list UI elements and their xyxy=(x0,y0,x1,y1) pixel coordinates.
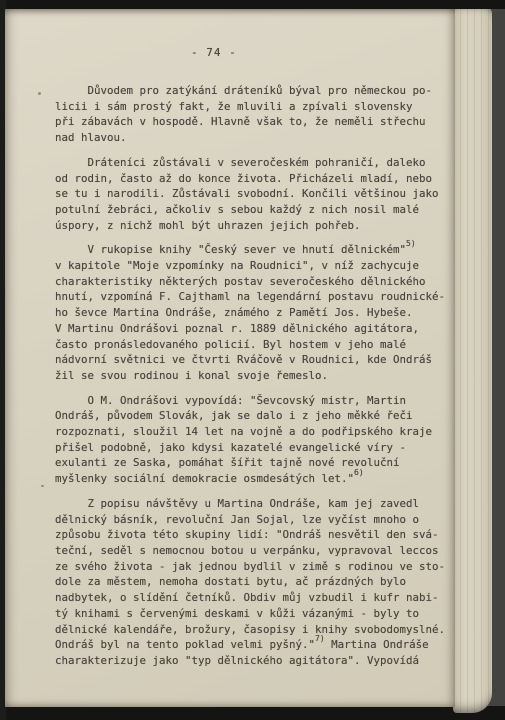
text-line: licii i sám prostý fakt, že mluvili a zp… xyxy=(55,99,449,115)
text-line: často pronásledovaného policií. Byl host… xyxy=(55,337,449,353)
text-line: teční, seděl s nemocnou botou u verpánku… xyxy=(55,543,449,559)
paragraph: V rukopise knihy "Český sever ve hnutí d… xyxy=(55,242,449,383)
text-line: Ondráš byl na tento poklad velmi pyšný."… xyxy=(55,637,449,653)
text-line: způsobu života této skupiny lidí: "Ondrá… xyxy=(55,527,449,543)
text-line: Ondráš, původem Slovák, jak se dalo i z … xyxy=(55,408,449,424)
scan-dark-band-bottom xyxy=(0,706,505,720)
text-line: při zábavách v hospodě. Hlavně však to, … xyxy=(55,114,449,130)
text-line: úspory, z nichž mohl být uhrazen jejich … xyxy=(55,218,449,234)
text-line: rozpoznati, sloužil 14 let na vojně a do… xyxy=(55,424,449,440)
text-line: v kapitole "Moje vzpomínky na Roudnici",… xyxy=(55,258,449,274)
text-line: dělnické kalendáře, brožury, časopisy i … xyxy=(55,622,449,638)
text-line: exulanti ze Saska, pomáhat šířit tajně n… xyxy=(55,455,449,471)
text-line: Dráteníci zůstávali v severočeském pohra… xyxy=(55,155,449,171)
text-line: potulní žebráci, ačkoliv s sebou každý z… xyxy=(55,202,449,218)
text-line: charakteristiky některých postav severoč… xyxy=(55,274,449,290)
text-line: Z popisu návštěvy u Martina Ondráše, kam… xyxy=(55,496,449,512)
text-line: hnutí, vzpomíná F. Cajthaml na legendárn… xyxy=(55,289,449,305)
footnote-marker: 7) xyxy=(315,634,325,643)
text-line: myšlenky sociální demokracie osmdesátých… xyxy=(55,471,449,487)
paragraph: Z popisu návštěvy u Martina Ondráše, kam… xyxy=(55,496,449,669)
footnote-marker: 5) xyxy=(406,239,416,248)
text-line: přišel podobně, jako kdysi kazatelé evan… xyxy=(55,440,449,456)
footnote-marker: 6) xyxy=(354,468,364,477)
page-number: - 74 - xyxy=(191,45,455,61)
text-line: žil se svou rodinou i konal svoje řemesl… xyxy=(55,368,449,384)
text-line: O M. Ondrášovi vypovídá: "Ševcovský mist… xyxy=(55,393,449,409)
text-line: tý knihami s červenými deskami v kůži vá… xyxy=(55,606,449,622)
ink-speck xyxy=(38,92,41,95)
text-line: nadbytek, o slídění četníků. Obdiv můj v… xyxy=(55,590,449,606)
scanned-book-page: - 74 - Důvodem pro zatýkání dráteníků bý… xyxy=(0,0,505,720)
text-line: ho ševce Martina Ondráše, známého z Pamě… xyxy=(55,305,449,321)
text-line: dole za městem, nemoha dostati bytu, ač … xyxy=(55,574,449,590)
paragraph: Dráteníci zůstávali v severočeském pohra… xyxy=(55,155,449,234)
book-page: - 74 - Důvodem pro zatýkání dráteníků bý… xyxy=(5,9,455,707)
page-body: Důvodem pro zatýkání dráteníků býval pro… xyxy=(55,83,449,678)
text-line: ze svého života - jak jednou bydlil v zi… xyxy=(55,559,449,575)
text-line: V rukopise knihy "Český sever ve hnutí d… xyxy=(55,242,449,258)
text-line: charakterizuje jako "typ dělnického agit… xyxy=(55,653,449,669)
text-line: se tu i narodili. Zůstávali svobodní. Ko… xyxy=(55,186,449,202)
text-line: dělnický básník, revoluční Jan Sojal, lz… xyxy=(55,512,449,528)
ink-speck xyxy=(41,485,44,487)
text-line: nádvorní světnici ve čtvrti Rváčově v Ro… xyxy=(55,352,449,368)
scan-dark-band-top xyxy=(0,0,505,9)
paragraph: Důvodem pro zatýkání dráteníků býval pro… xyxy=(55,83,449,146)
text-line: Důvodem pro zatýkání dráteníků býval pro… xyxy=(55,83,449,99)
text-line: od rodin, často až do konce života. Přic… xyxy=(55,171,449,187)
paragraph: O M. Ondrášovi vypovídá: "Ševcovský mist… xyxy=(55,393,449,487)
book-fore-edge-pages xyxy=(453,5,492,713)
text-line: nad hlavou. xyxy=(55,130,449,146)
text-line: V Martinu Ondrášovi poznal r. 1889 dělni… xyxy=(55,321,449,337)
